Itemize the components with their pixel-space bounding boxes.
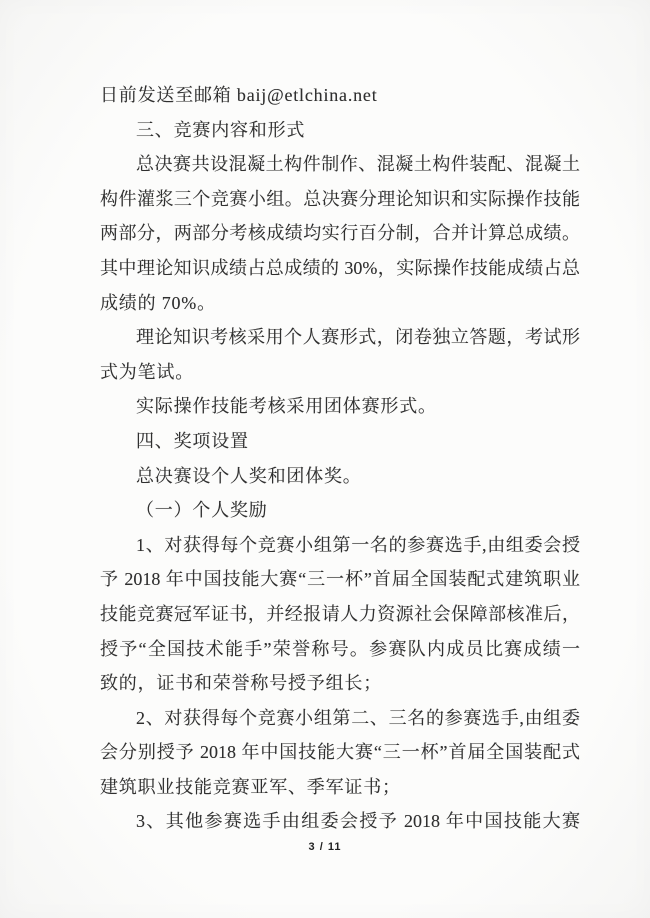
text-line: 予 2018 年中国技能大赛“三一杯”首届全国装配式建筑职业: [100, 562, 580, 597]
text-line: 2、对获得每个竞赛小组第二、三名的参赛选手,由组委: [100, 701, 580, 736]
text-line: 会分别授予 2018 年中国技能大赛“三一杯”首届全国装配式: [100, 735, 580, 770]
text-line: 致的，证书和荣誉称号授予组长；: [100, 666, 580, 701]
text-line: 其中理论知识成绩占总成绩的 30%，实际操作技能成绩占总: [100, 251, 580, 286]
text-line: 式为笔试。: [100, 355, 580, 390]
text-line: 3、其他参赛选手由组委会授予 2018 年中国技能大赛: [100, 804, 580, 839]
text-line: 三、竞赛内容和形式: [100, 113, 580, 148]
document-page: 日前发送至邮箱 baij@etlchina.net三、竞赛内容和形式总决赛共设混…: [0, 0, 650, 918]
text-line: 技能竞赛冠军证书，并经报请人力资源社会保障部核准后，: [100, 597, 580, 632]
text-line: 建筑职业技能竞赛亚军、季军证书；: [100, 770, 580, 805]
text-line: 成绩的 70%。: [100, 286, 580, 321]
text-line: 构件灌浆三个竞赛小组。总决赛分理论知识和实际操作技能: [100, 182, 580, 217]
text-line: 四、奖项设置: [100, 424, 580, 459]
text-line: 两部分，两部分考核成绩均实行百分制，合并计算总成绩。: [100, 216, 580, 251]
text-line: 总决赛共设混凝土构件制作、混凝土构件装配、混凝土: [100, 147, 580, 182]
page-number: 3 / 11: [0, 841, 650, 853]
text-line: （一）个人奖励: [100, 493, 580, 528]
document-text-block: 日前发送至邮箱 baij@etlchina.net三、竞赛内容和形式总决赛共设混…: [100, 78, 580, 839]
text-line: 1、对获得每个竞赛小组第一名的参赛选手,由组委会授: [100, 528, 580, 563]
text-line: 日前发送至邮箱 baij@etlchina.net: [100, 78, 580, 113]
text-line: 实际操作技能考核采用团体赛形式。: [100, 389, 580, 424]
text-line: 理论知识考核采用个人赛形式，闭卷独立答题，考试形: [100, 320, 580, 355]
text-line: 授予“全国技术能手”荣誉称号。参赛队内成员比赛成绩一: [100, 632, 580, 667]
text-line: 总决赛设个人奖和团体奖。: [100, 459, 580, 494]
